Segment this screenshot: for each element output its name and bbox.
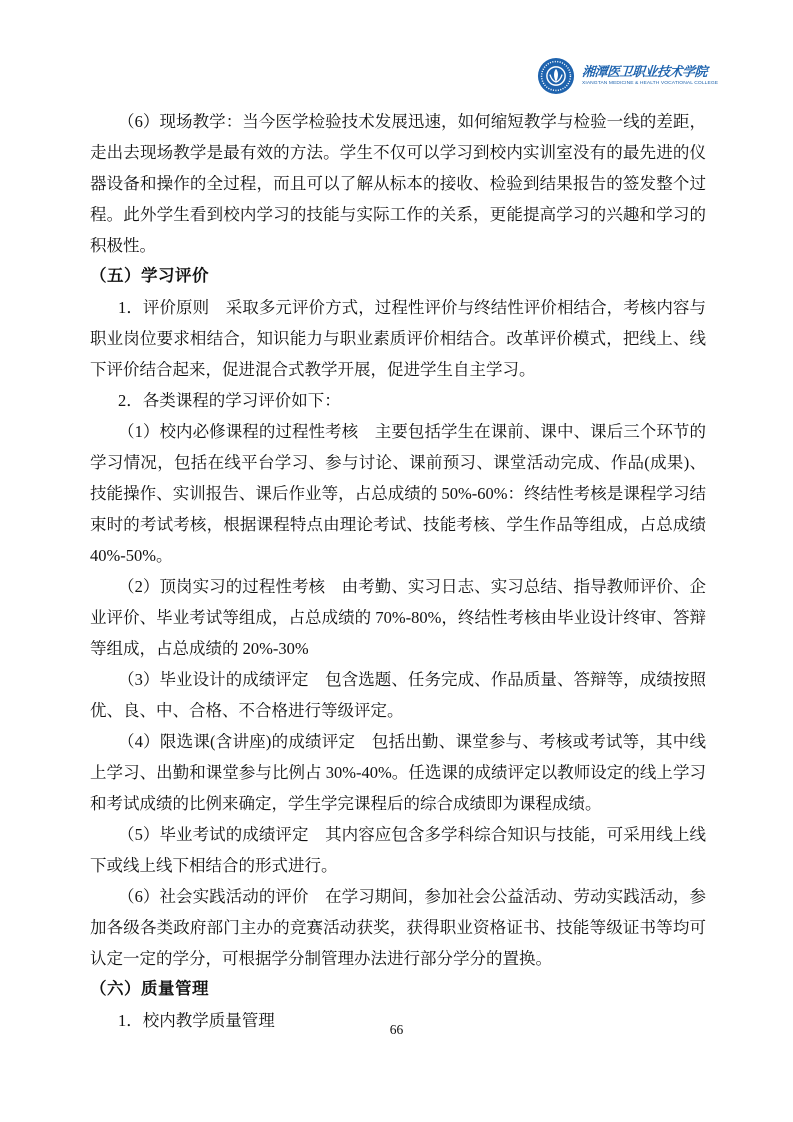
college-emblem-icon bbox=[537, 57, 575, 95]
paragraph-graduation-exam-grading: （5）毕业考试的成绩评定 其内容应包含多学科综合知识与技能，可采用线上线下或线上… bbox=[90, 819, 706, 881]
college-name-en: XIANGTAN MEDICINE & HEALTH VOCATIONAL CO… bbox=[582, 80, 718, 87]
paragraph-evaluation-principle: 1．评价原则 采取多元评价方式，过程性评价与终结性评价相结合，考核内容与职业岗位… bbox=[90, 292, 706, 385]
paragraph-elective-course-grading: （4）限选课(含讲座)的成绩评定 包括出勤、课堂参与、考核或考试等，其中线上学习… bbox=[90, 726, 706, 819]
section-heading-learning-evaluation: （五）学习评价 bbox=[90, 261, 706, 292]
college-logo-text: 湘潭医卫职业技术学院 XIANGTAN MEDICINE & HEALTH VO… bbox=[582, 64, 748, 88]
paragraph-internship-assessment: （2）顶岗实习的过程性考核 由考勤、实习日志、实习总结、指导教师评价、企业评价、… bbox=[90, 571, 706, 664]
paragraph-field-teaching: （6）现场教学：当今医学检验技术发展迅速，如何缩短教学与检验一线的差距，走出去现… bbox=[90, 106, 706, 261]
college-logo: 湘潭医卫职业技术学院 XIANGTAN MEDICINE & HEALTH VO… bbox=[537, 57, 748, 95]
paragraph-graduation-design-grading: （3）毕业设计的成绩评定 包含选题、任务完成、作品质量、答辩等，成绩按照优、良、… bbox=[90, 664, 706, 726]
paragraph-social-practice-evaluation: （6）社会实践活动的评价 在学习期间，参加社会公益活动、劳动实践活动，参加各级各… bbox=[90, 881, 706, 974]
college-name-zh: 湘潭医卫职业技术学院 bbox=[581, 64, 748, 80]
paragraph-required-course-assessment: （1）校内必修课程的过程性考核 主要包括学生在课前、课中、课后三个环节的学习情况… bbox=[90, 416, 706, 571]
page-number: 66 bbox=[0, 1020, 793, 1040]
section-heading-quality-management: （六）质量管理 bbox=[90, 974, 706, 1005]
paragraph-evaluation-list-intro: 2．各类课程的学习评价如下： bbox=[90, 385, 706, 416]
document-page: 湘潭医卫职业技术学院 XIANGTAN MEDICINE & HEALTH VO… bbox=[0, 0, 793, 1122]
document-body: （6）现场教学：当今医学检验技术发展迅速，如何缩短教学与检验一线的差距，走出去现… bbox=[90, 106, 706, 1036]
